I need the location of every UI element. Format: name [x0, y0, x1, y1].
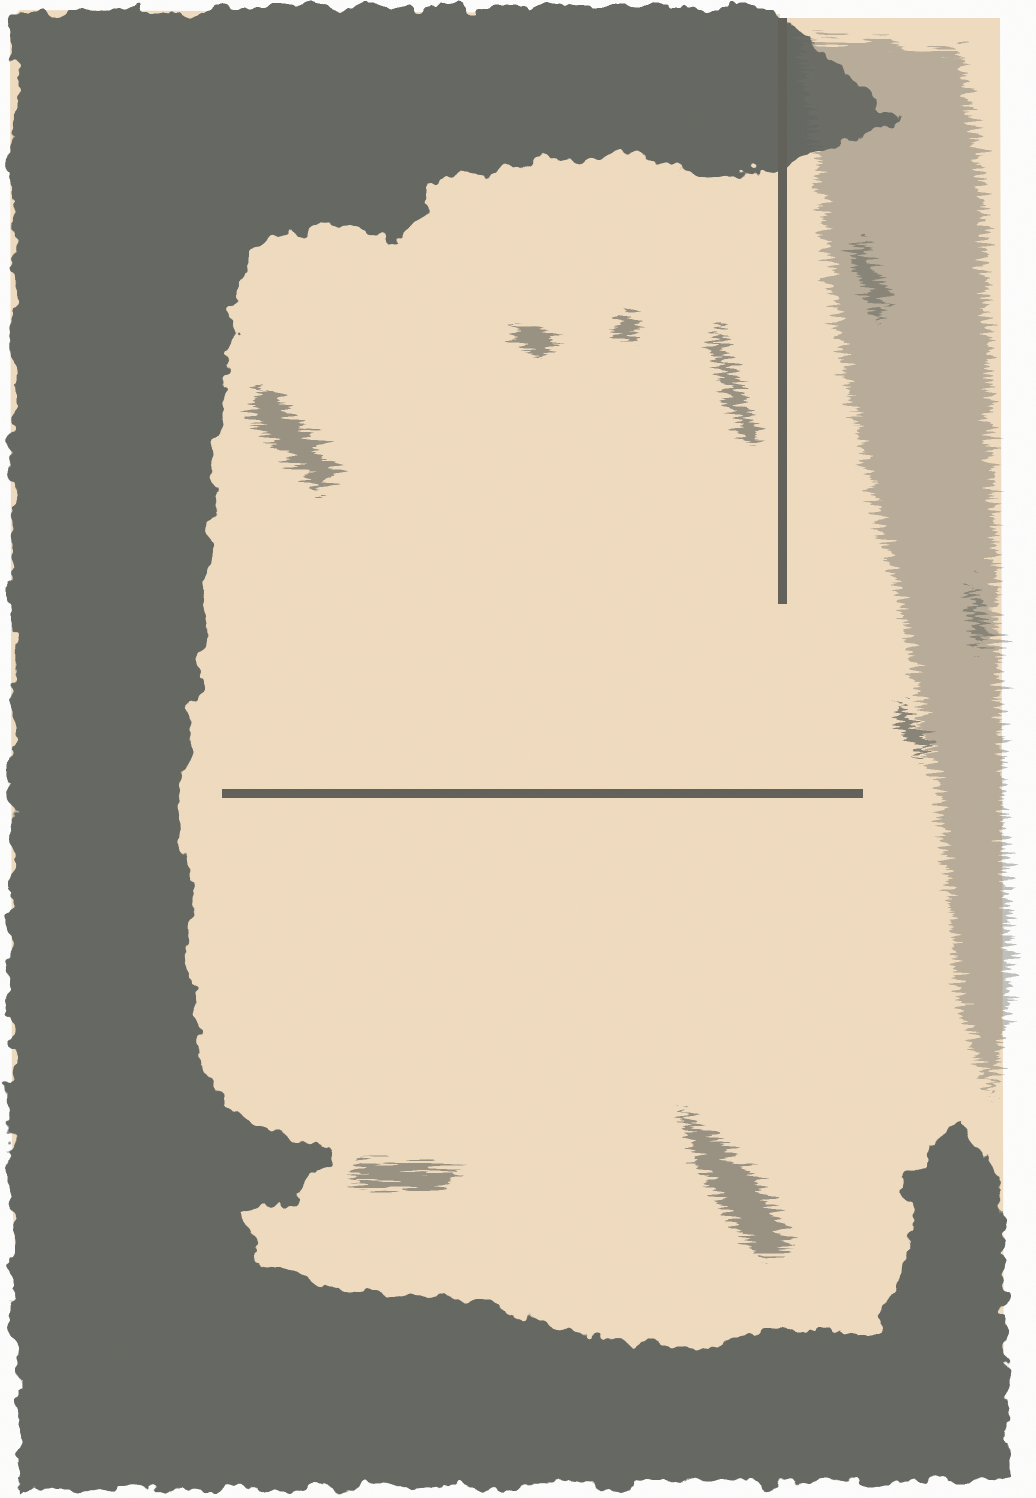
paper-grain — [0, 0, 1036, 1498]
abstract-artwork — [0, 0, 1036, 1498]
